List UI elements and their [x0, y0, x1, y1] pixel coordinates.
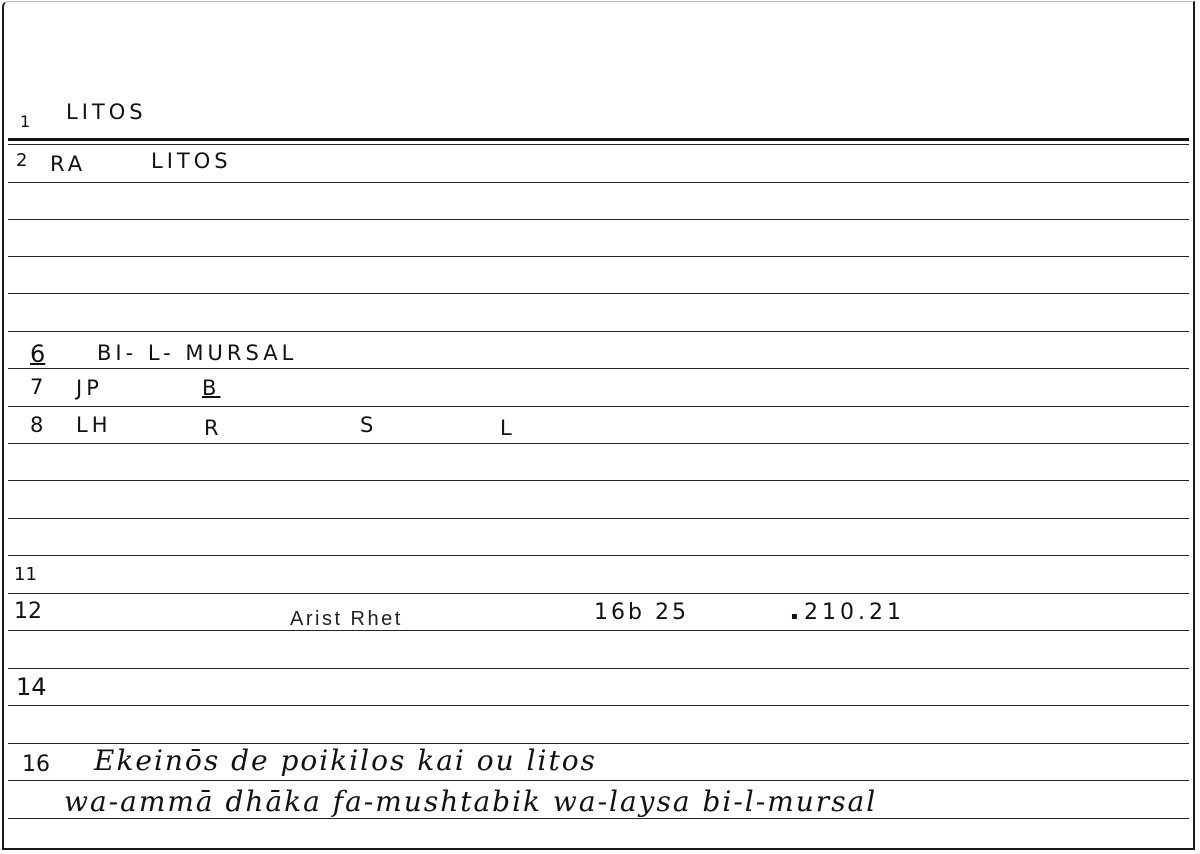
rule-line [8, 705, 1189, 706]
edition-page: 210.21 [804, 602, 905, 624]
rule-line [8, 331, 1189, 332]
siglum-lh: LH [76, 415, 112, 436]
headword: LITOS [66, 102, 147, 123]
rule-line [8, 630, 1189, 631]
rule-line [8, 555, 1189, 556]
siglum-jp: JP [76, 378, 103, 399]
arabic-equivalent: BI- L- MURSAL [97, 343, 297, 364]
line-number-1: 1 [20, 114, 30, 130]
line-number-12: 12 [14, 601, 42, 623]
source-title: Arist Rhet [290, 608, 403, 631]
rule-line [8, 593, 1189, 594]
rule-line [8, 406, 1189, 407]
rule-line [8, 293, 1189, 294]
line-number-14: 14 [16, 675, 47, 699]
line-number-16: 16 [22, 754, 50, 776]
rule-line [8, 144, 1189, 145]
rule-line [8, 219, 1189, 220]
rule-line [8, 480, 1189, 481]
rule-line [8, 256, 1189, 257]
line-number-11: 11 [14, 566, 37, 584]
rule-line [8, 518, 1189, 519]
line-number-6: 6 [30, 342, 45, 366]
rule-line [8, 818, 1189, 819]
rule-line [8, 368, 1189, 369]
page-marker: ▪ [791, 612, 798, 622]
line-number-7: 7 [30, 377, 43, 398]
transliteration: LITOS [151, 151, 232, 172]
siglum-b: B [202, 378, 220, 399]
siglum-l: L [500, 418, 516, 439]
index-card: 1 LITOS 2 RA LITOS 6 BI- L- MURSAL 7 JP … [2, 1, 1195, 850]
rule-line [8, 182, 1189, 183]
rule-line [8, 443, 1189, 444]
greek-passage: Ekeinōs de poikilos kai ou litos [94, 747, 597, 775]
line-number-2: 2 [16, 152, 27, 170]
arabic-translation: wa-ammā dhāka fa-mushtabik wa-laysa bi-l… [64, 788, 877, 816]
rule-line [8, 138, 1189, 141]
siglum-s: S [360, 415, 377, 436]
bekker-reference: 16b 25 [594, 602, 689, 624]
siglum-ra: RA [50, 154, 86, 175]
rule-line [8, 668, 1189, 669]
rule-line [8, 780, 1189, 781]
line-number-8: 8 [30, 415, 43, 436]
siglum-r: R [204, 418, 223, 439]
